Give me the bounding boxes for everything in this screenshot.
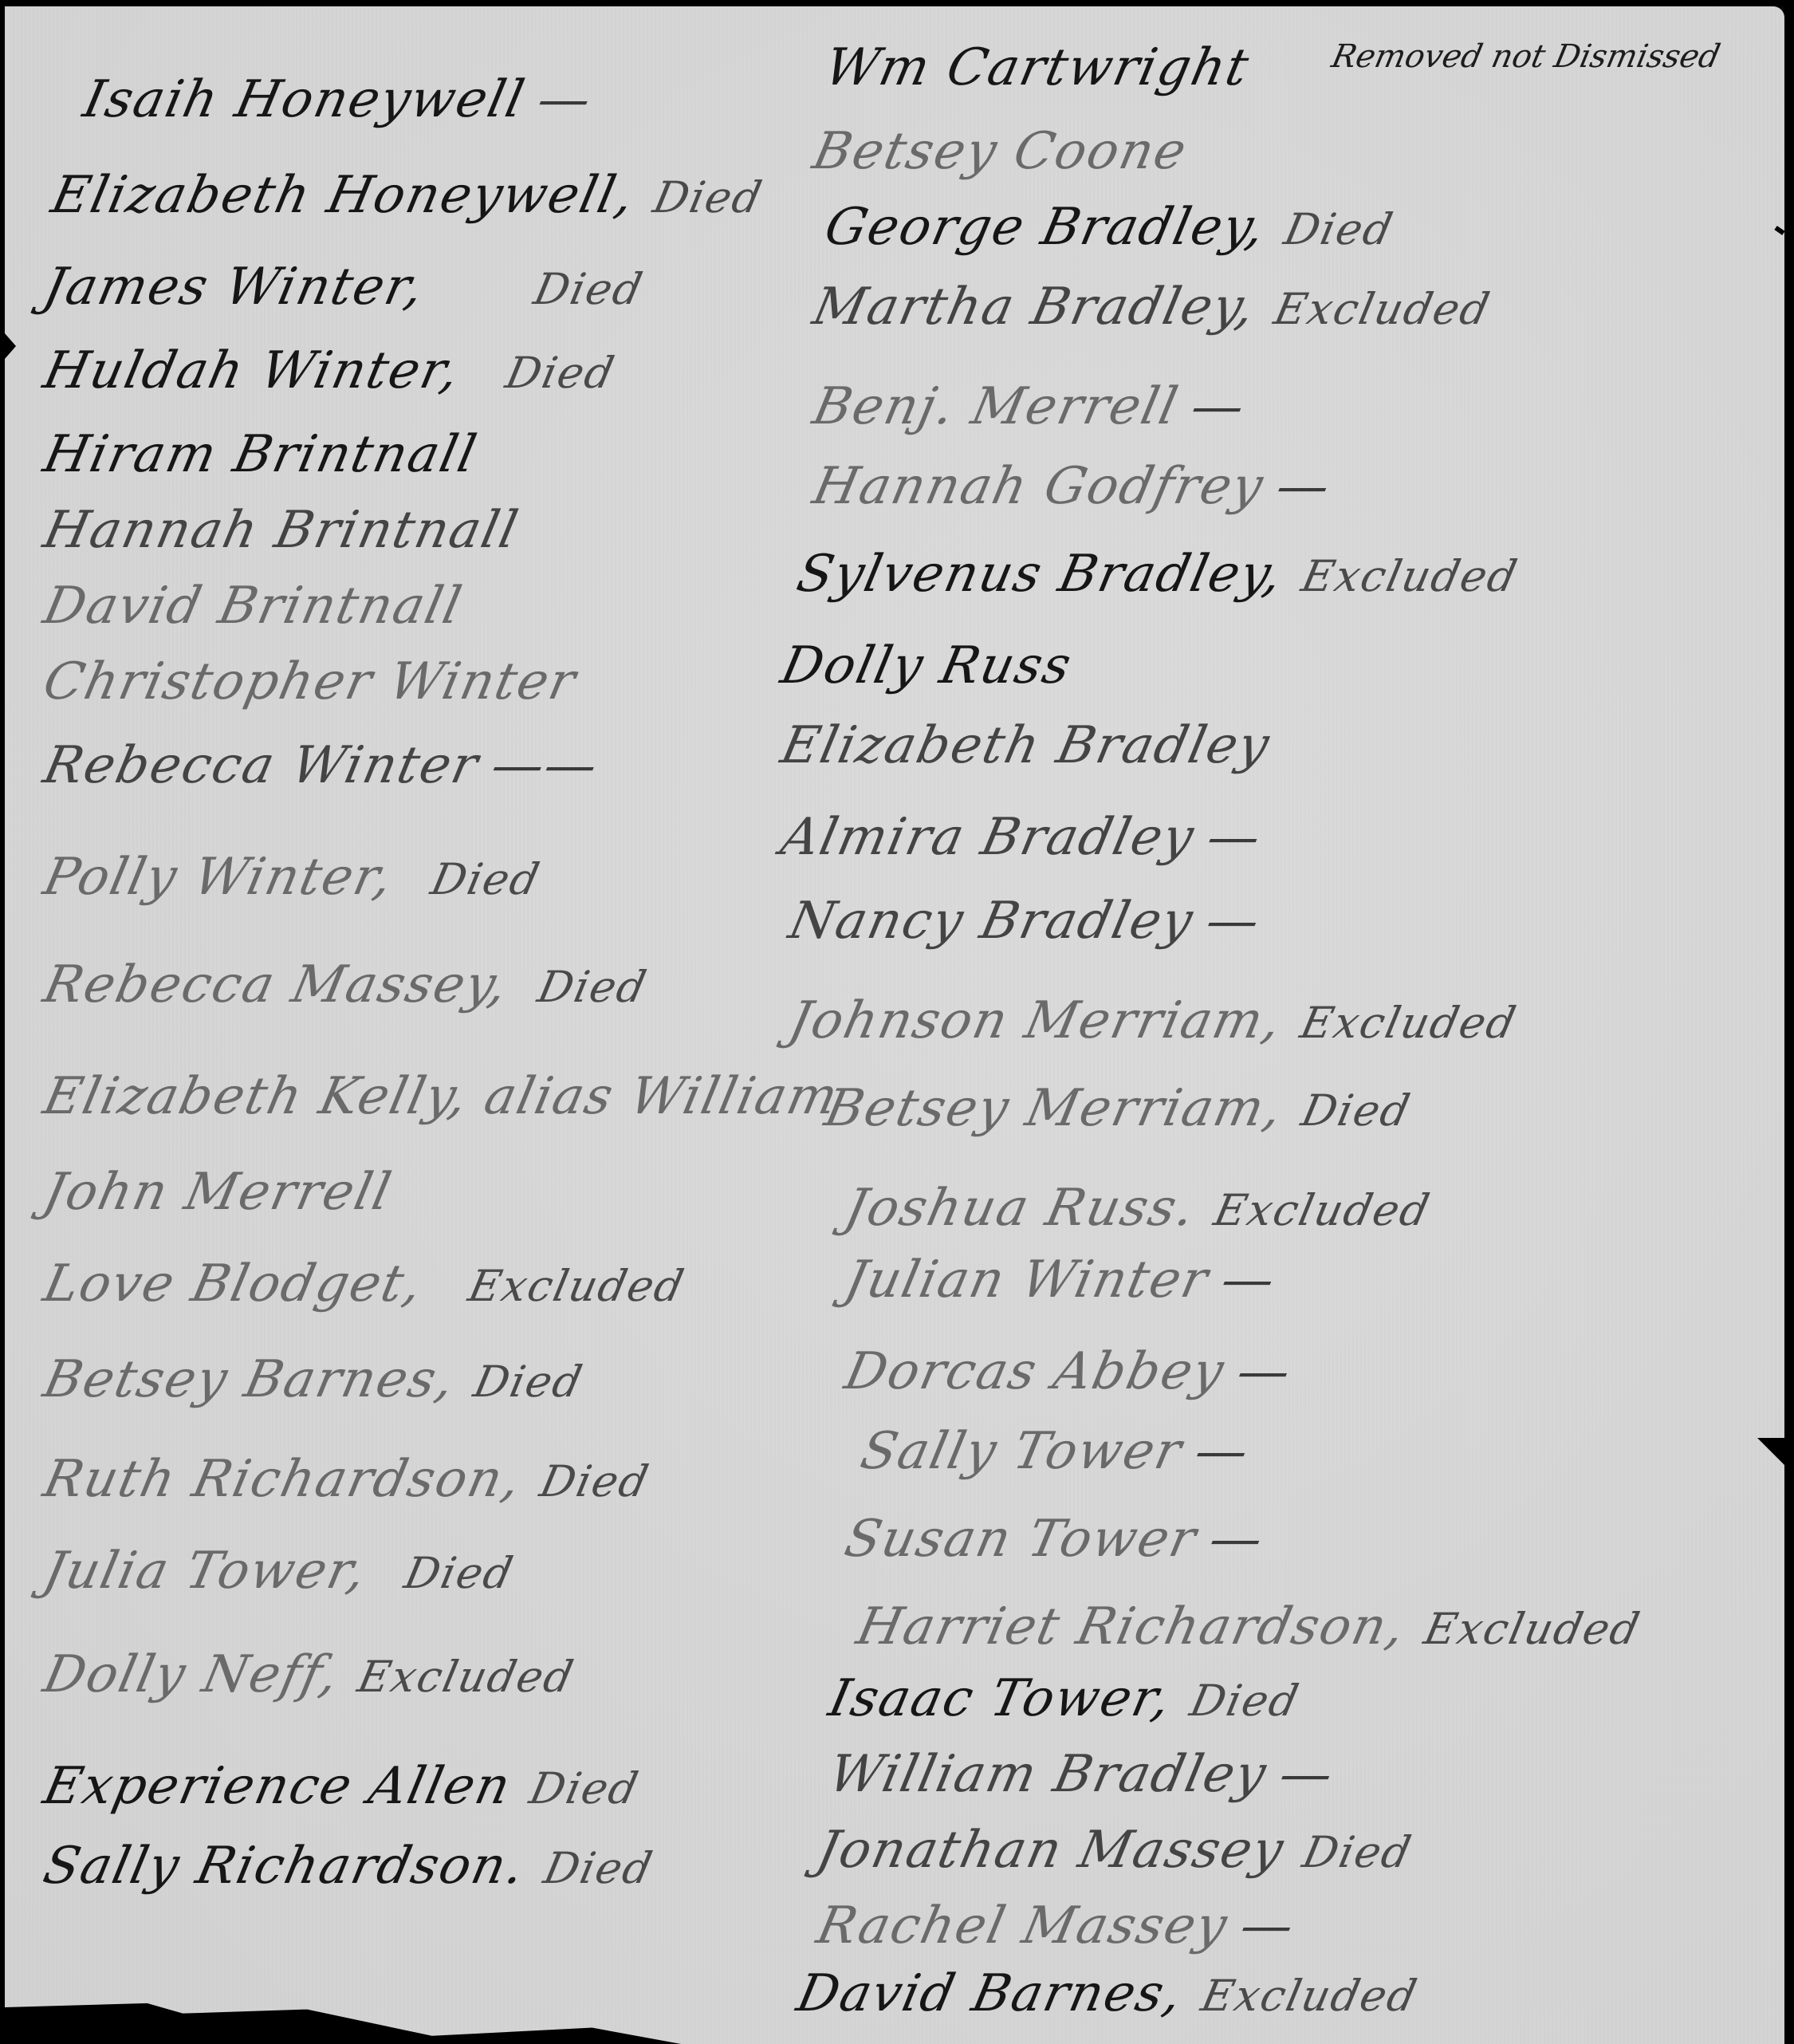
list-item: David Brintnall — [39, 581, 466, 632]
member-status: Excluded — [1420, 1604, 1646, 1654]
member-name: Julia Tower, — [38, 1542, 372, 1601]
member-name: Huldah Winter, — [38, 341, 466, 400]
list-item: Elizabeth Bradley — [777, 720, 1275, 771]
list-item: Johnson Merriam,Excluded — [785, 995, 1522, 1046]
list-item: Betsey Merriam,Died — [820, 1083, 1416, 1134]
page-tear-right — [1757, 1438, 1784, 1465]
member-name: John Merrell — [38, 1163, 397, 1222]
entry-dash: — — [1190, 1422, 1255, 1481]
list-item: Rebecca Massey,Died — [39, 959, 652, 1010]
list-item: Sally Tower— — [856, 1426, 1254, 1477]
entry-dash: — — [1235, 1896, 1300, 1955]
entry-dash: — — [1204, 1510, 1269, 1569]
member-name: Isaac Tower, — [824, 1669, 1177, 1728]
member-name: David Barnes, — [792, 1964, 1188, 2023]
member-status: Died — [525, 1763, 643, 1814]
list-item: Elizabeth Kelly, alias William — [39, 1071, 843, 1122]
list-item: Jonathan MasseyDied — [812, 1825, 1417, 1876]
list-item: David Barnes,Excluded — [793, 1968, 1422, 2019]
member-name: Hannah Brintnall — [38, 501, 524, 560]
member-name: Rebecca Winter — [38, 736, 484, 795]
member-name: Betsey Barnes, — [38, 1350, 461, 1409]
member-name: Almira Bradley — [776, 808, 1200, 867]
entry-dash: — — [1186, 377, 1251, 436]
list-item: Elizabeth Honeywell,Died — [47, 170, 768, 221]
list-item: Hannah Brintnall — [39, 505, 523, 556]
page-mark-right — [1774, 226, 1784, 235]
member-status: Excluded — [1297, 551, 1523, 601]
entry-dash: — — [1201, 892, 1266, 951]
member-name: Benj. Merrell — [808, 377, 1184, 436]
member-name: Love Blodget, — [38, 1254, 428, 1313]
member-name: Elizabeth Kelly, alias William — [38, 1067, 844, 1126]
member-name: Dolly Russ — [776, 636, 1077, 695]
page-tear-left — [5, 333, 16, 359]
list-item: Benj. Merrell— — [808, 381, 1250, 432]
list-item: Hannah Godfrey— — [808, 461, 1336, 512]
member-status: Excluded — [1270, 284, 1496, 334]
list-item: Rachel Massey— — [812, 1900, 1300, 1951]
member-status: Excluded — [1296, 998, 1522, 1048]
list-item: Experience AllenDied — [39, 1761, 644, 1812]
member-name: George Bradley, — [820, 198, 1271, 257]
list-item: John Merrell — [39, 1167, 396, 1218]
list-item: Rebecca Winter—— — [39, 740, 603, 791]
list-item: Ruth Richardson,Died — [39, 1454, 655, 1505]
member-name: Isaih Honeywell — [78, 70, 530, 129]
entry-dash: — — [1271, 457, 1336, 516]
entry-dash: — — [533, 70, 598, 129]
member-name: Betsey Coone — [808, 122, 1193, 181]
member-status: Died — [649, 172, 767, 223]
member-name: Elizabeth Honeywell, — [46, 166, 640, 225]
list-item: Dorcas Abbey— — [840, 1346, 1296, 1397]
member-name: Joshua Russ. — [840, 1179, 1201, 1238]
entry-dash: — — [1232, 1342, 1297, 1401]
member-name: Sally Tower — [856, 1422, 1188, 1481]
member-name: Christopher Winter — [38, 652, 582, 711]
list-item: Wm Cartwright — [820, 42, 1254, 93]
list-item: James Winter,Died — [39, 262, 648, 313]
list-item: Harriet Richardson,Excluded — [852, 1601, 1646, 1652]
entry-dash: — — [1216, 1250, 1281, 1309]
member-name: Dolly Neff, — [38, 1645, 344, 1704]
list-item: Christopher Winter — [39, 656, 580, 707]
member-name: Hiram Brintnall — [38, 425, 482, 484]
member-status: Died — [540, 1843, 658, 1893]
entry-dash: — — [1274, 1745, 1340, 1804]
list-item: Julian Winter— — [840, 1254, 1281, 1306]
member-status: Died — [470, 1357, 588, 1407]
member-name: James Winter, — [38, 258, 430, 317]
member-status: Died — [1297, 1085, 1415, 1136]
list-item: Nancy Bradley— — [785, 896, 1265, 947]
member-name: David Brintnall — [38, 577, 467, 636]
member-status: Excluded — [1197, 1971, 1422, 2021]
member-status: Died — [400, 1548, 518, 1598]
member-status: Died — [1280, 204, 1398, 254]
member-name: William Bradley — [824, 1745, 1273, 1804]
member-status: Died — [1298, 1827, 1416, 1877]
member-status: Died — [536, 1456, 654, 1506]
member-name: Dorcas Abbey — [840, 1342, 1230, 1401]
member-name: Sylvenus Bradley, — [792, 545, 1288, 604]
member-name: Rachel Massey — [812, 1896, 1233, 1955]
member-name: Rebecca Massey, — [38, 955, 513, 1014]
member-status: Excluded — [464, 1261, 690, 1311]
member-status: Died — [1186, 1676, 1304, 1726]
list-item: Susan Tower— — [840, 1514, 1269, 1565]
member-status: Died — [502, 348, 620, 398]
list-item: Huldah Winter,Died — [39, 345, 620, 396]
list-item: Hiram Brintnall — [39, 429, 482, 480]
list-item: Betsey Coone — [808, 126, 1192, 177]
entry-dash: —— — [486, 736, 604, 795]
list-item: Almira Bradley— — [777, 812, 1266, 863]
list-item: George Bradley,Died — [820, 202, 1399, 253]
list-item: William Bradley— — [824, 1749, 1339, 1800]
list-item: Betsey Barnes,Died — [39, 1354, 588, 1405]
member-name: Experience Allen — [38, 1757, 517, 1816]
list-item: Love Blodget,Excluded — [39, 1258, 690, 1309]
list-item: Dolly Neff,Excluded — [39, 1649, 579, 1700]
member-name: Polly Winter, — [38, 848, 399, 907]
list-item: Joshua Russ.Excluded — [840, 1183, 1435, 1234]
member-name: Hannah Godfrey — [808, 457, 1269, 516]
member-status: Excluded — [1210, 1185, 1435, 1235]
member-name: Jonathan Massey — [812, 1821, 1289, 1880]
removal-note: Removed not Dismissed — [1328, 38, 1723, 75]
list-item: Sylvenus Bradley,Excluded — [793, 549, 1523, 600]
member-name: Harriet Richardson, — [852, 1597, 1411, 1656]
member-name: Martha Bradley, — [808, 278, 1261, 337]
member-name: Nancy Bradley — [784, 892, 1199, 951]
list-item: Dolly Russ — [777, 640, 1076, 691]
member-name: Johnson Merriam, — [784, 991, 1288, 1050]
list-item: Isaac Tower,Died — [824, 1673, 1304, 1724]
member-name: Julian Winter — [840, 1250, 1214, 1309]
member-name: Ruth Richardson, — [38, 1450, 527, 1509]
member-name: Sally Richardson. — [38, 1837, 531, 1896]
member-status: Excluded — [353, 1652, 579, 1702]
list-item: Julia Tower,Died — [39, 1546, 519, 1597]
member-status: Died — [427, 854, 545, 904]
list-item: Martha Bradley,Excluded — [808, 282, 1496, 333]
member-name: Susan Tower — [840, 1510, 1202, 1569]
member-name: Betsey Merriam, — [820, 1079, 1288, 1138]
document-page: Isaih Honeywell— Elizabeth Honeywell,Die… — [5, 6, 1784, 2044]
member-name: Wm Cartwright — [820, 38, 1255, 97]
member-status: Died — [533, 962, 651, 1012]
member-status: Died — [529, 264, 647, 314]
list-item: Polly Winter,Died — [39, 852, 545, 903]
member-name: Elizabeth Bradley — [776, 716, 1276, 775]
list-item: Sally Richardson.Died — [39, 1841, 659, 1892]
entry-dash: — — [1202, 808, 1267, 867]
list-item: Isaih Honeywell— — [79, 74, 596, 125]
